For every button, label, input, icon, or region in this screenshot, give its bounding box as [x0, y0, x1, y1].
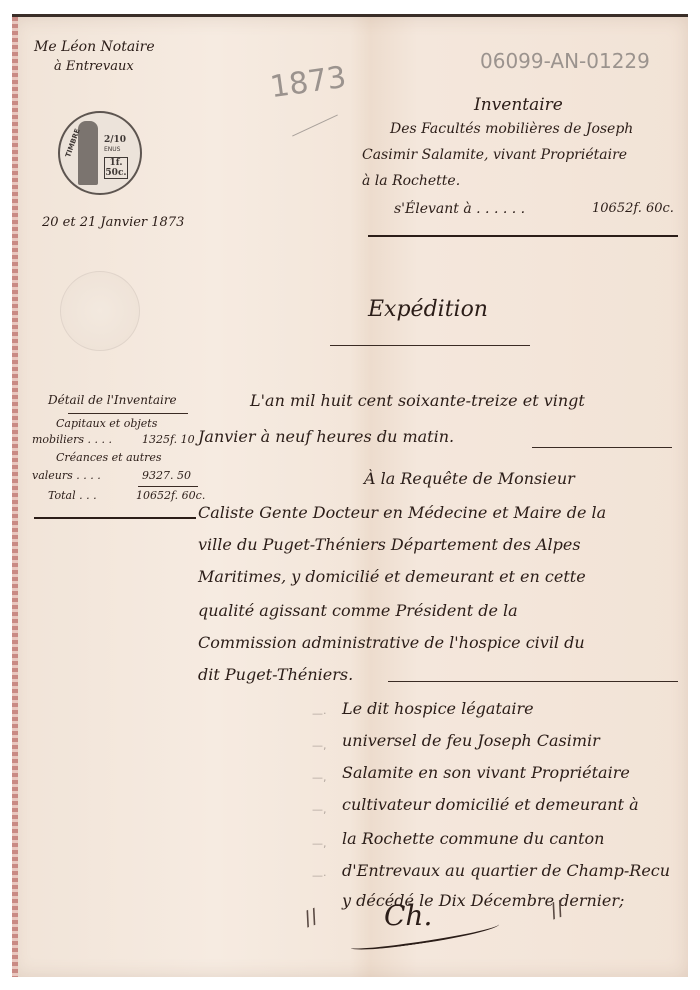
margin-mark: —·: [312, 707, 327, 720]
body-line-14: la Rochette commune du canton: [342, 829, 604, 848]
margin-mark: —,: [312, 837, 327, 850]
margin-detail-title: Détail de l'Inventaire: [48, 393, 177, 407]
margin-row-2-value: 9327. 50: [142, 469, 191, 482]
margin-title-underline: [68, 413, 188, 414]
archive-reference: 06099-AN-01229: [480, 49, 650, 73]
margin-row-1-label-1: Capitaux et objets: [56, 417, 157, 430]
heading-expedition: Expédition: [368, 297, 488, 322]
body-line-12: Salamite en son vivant Propriétaire: [342, 763, 630, 782]
double-slash-left: //: [300, 903, 321, 930]
body-line-2: Janvier à neuf heures du matin.: [198, 427, 454, 446]
margin-mark: —·: [312, 869, 327, 882]
title-line-2: Casimir Salamite, vivant Propriétaire: [362, 147, 627, 163]
margin-row-2-label-1: Créances et autres: [56, 451, 162, 464]
body-line-11: universel de feu Joseph Casimir: [342, 731, 600, 750]
margin-row-3-value: 10652f. 60c.: [136, 489, 205, 502]
binding-thread: [12, 17, 18, 977]
body-line-7: qualité agissant comme Président de la: [198, 601, 518, 620]
pencil-stroke: [292, 114, 338, 136]
tax-stamp: TIMBRE 2/10 ENUS 1f. 50c.: [58, 111, 142, 195]
margin-row-1-value: 1325f. 10: [142, 433, 195, 446]
body-line-15: d'Entrevaux au quartier de Champ-Recu: [342, 861, 670, 880]
line-filler-2: [388, 681, 678, 682]
initials-signature: Ch.: [384, 899, 432, 932]
body-line-9: dit Puget-Théniers.: [198, 665, 353, 684]
body-line-1: L'an mil huit cent soixante-treize et vi…: [250, 391, 585, 410]
stamp-value-top-sub: ENUS: [104, 146, 120, 153]
body-line-5: ville du Puget-Théniers Département des …: [198, 535, 581, 554]
margin-detail-underline: [34, 517, 196, 519]
embossed-seal: [60, 271, 140, 351]
stamp-value-bottom: 1f. 50c.: [104, 157, 128, 179]
body-line-6: Maritimes, y domicilié et demeurant et e…: [198, 567, 586, 586]
body-line-3: À la Requête de Monsieur: [364, 469, 575, 488]
document-date: 20 et 21 Janvier 1873: [42, 215, 184, 230]
document-page: Me Léon Notaire à Entrevaux 1873 06099-A…: [12, 14, 688, 977]
notary-place: à Entrevaux: [54, 59, 134, 74]
body-line-10: Le dit hospice légataire: [342, 699, 534, 718]
pencil-year: 1873: [268, 60, 348, 105]
notary-name: Me Léon Notaire: [34, 39, 155, 55]
margin-sum-line: [138, 486, 198, 487]
margin-mark: —,: [312, 803, 327, 816]
margin-row-1-label-2: mobiliers . . . .: [32, 433, 112, 446]
title-underline: [368, 235, 678, 237]
margin-mark: —,: [312, 771, 327, 784]
body-line-8: Commission administrative de l'hospice c…: [198, 633, 585, 652]
total-value: 10652f. 60c.: [592, 201, 674, 216]
margin-row-3-label: Total . . .: [48, 489, 97, 502]
stamp-value-top: 2/10: [104, 135, 126, 145]
body-line-13: cultivateur domicilié et demeurant à: [342, 795, 639, 814]
title-line-1: Des Facultés mobilières de Joseph: [390, 121, 633, 137]
heading-underline: [330, 345, 530, 346]
total-label: s'Élevant à . . . . . .: [394, 201, 525, 217]
line-filler-1: [532, 447, 672, 448]
title-line-3: à la Rochette.: [362, 173, 460, 189]
margin-row-2-label-2: valeurs . . . .: [32, 469, 101, 482]
margin-mark: —,: [312, 739, 327, 752]
title-inventaire: Inventaire: [474, 95, 563, 115]
body-line-4: Caliste Gente Docteur en Médecine et Mai…: [198, 503, 606, 522]
